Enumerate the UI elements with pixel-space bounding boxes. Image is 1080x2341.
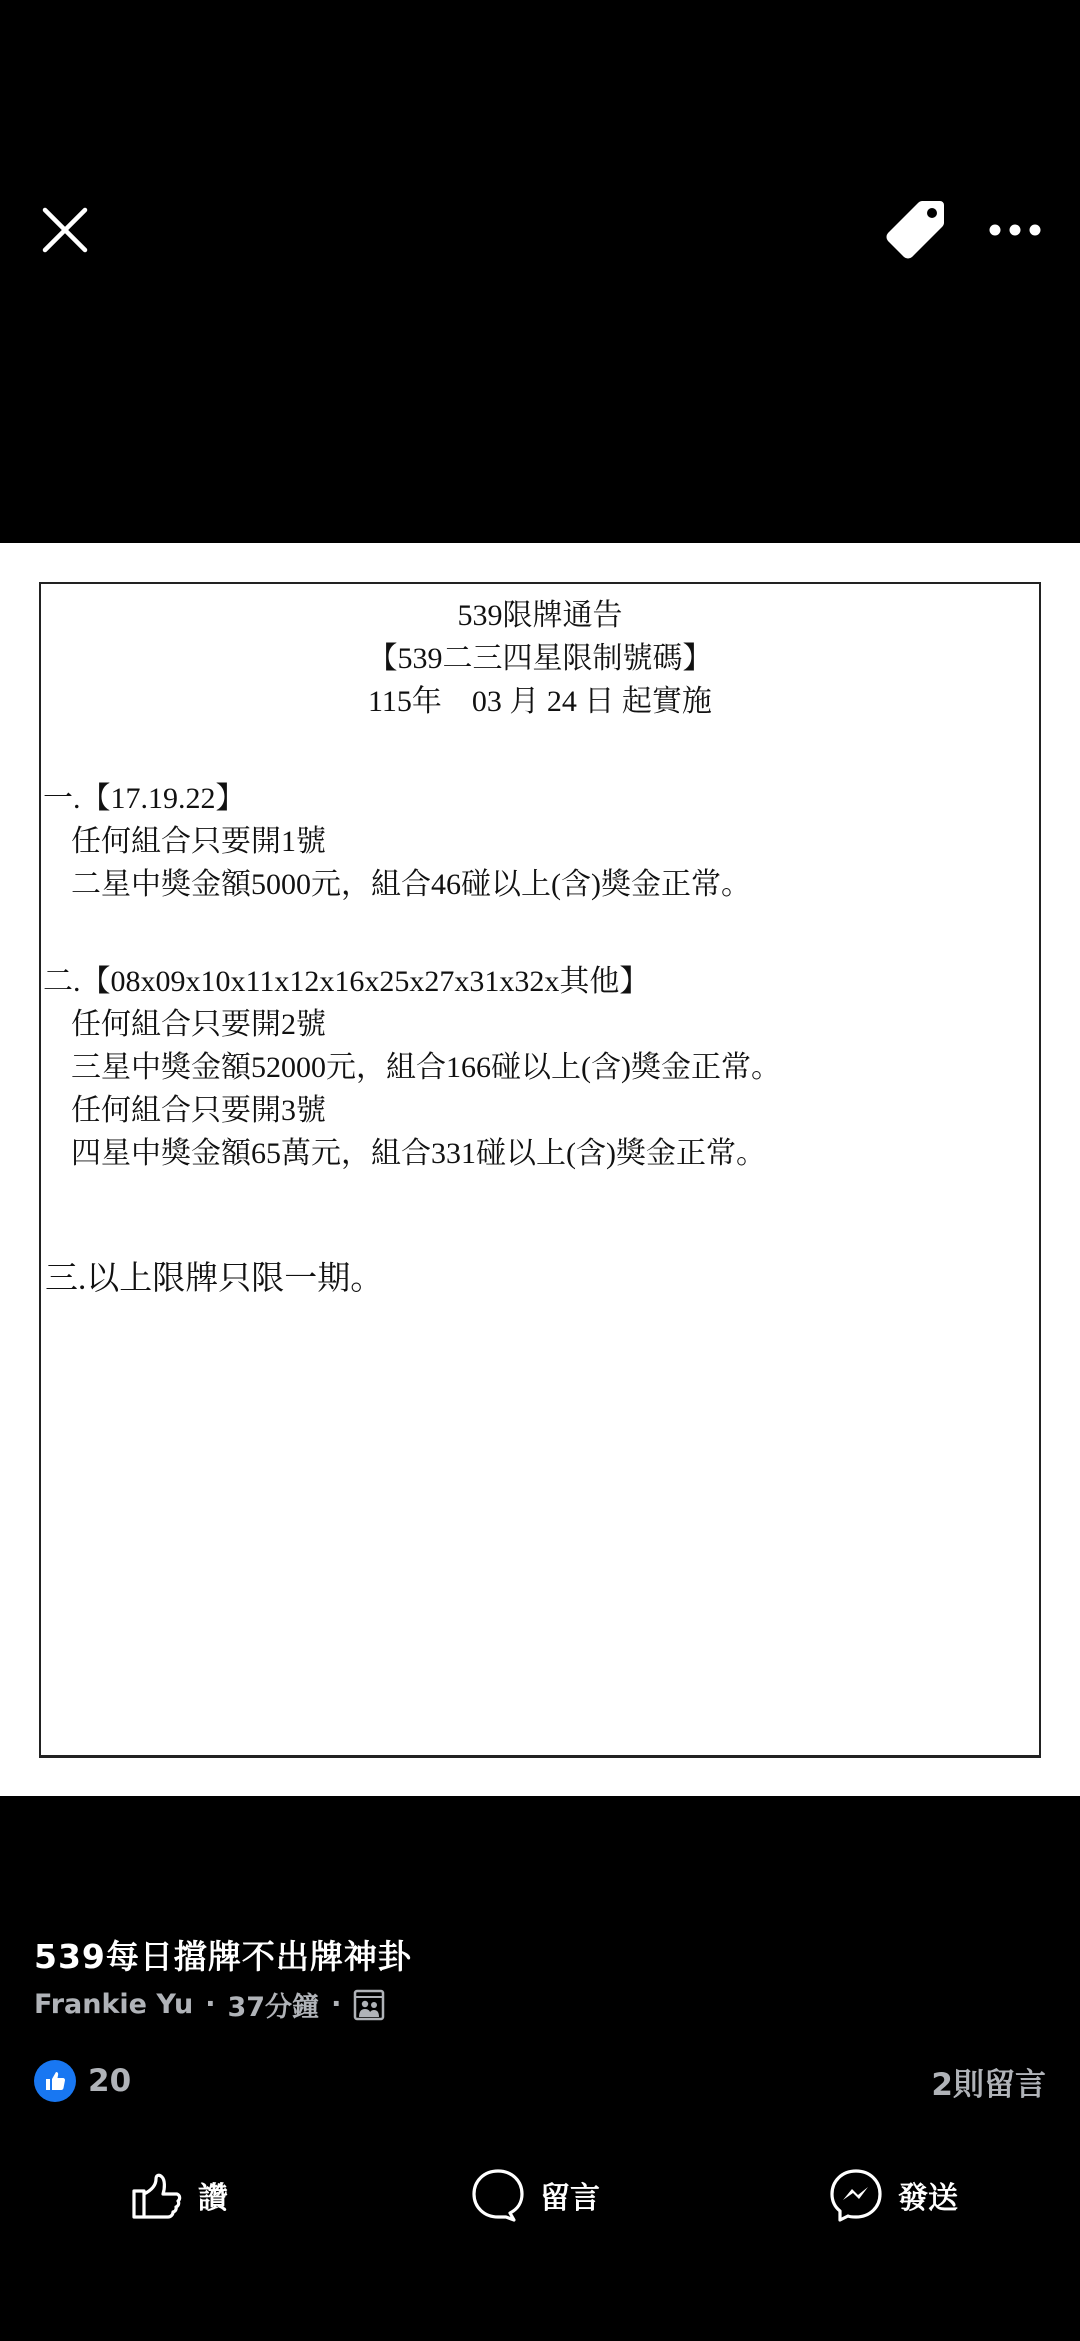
- tag-icon: [882, 197, 948, 263]
- notice-subtitle: 【539二三四星限制號碼】: [41, 637, 1039, 680]
- notice-title: 539限牌通告: [41, 594, 1039, 637]
- section-heading: 二.【08x09x10x11x12x16x25x27x31x32x其他】: [41, 960, 1039, 1003]
- tag-button[interactable]: [875, 195, 955, 265]
- group-audience-icon: [353, 1989, 385, 2021]
- post-stats: 20 2則留言: [34, 2058, 1046, 2104]
- notice-section-1: 一.【17.19.22】 任何組合只要開1號 二星中獎金額5000元，組合46碰…: [41, 777, 1039, 906]
- section-line: 任何組合只要開1號: [41, 820, 1039, 863]
- post-info: 539每日擋牌不出牌神卦 Frankie Yu · 37分鐘 ·: [34, 1935, 1046, 2024]
- section-line: 任何組合只要開2號: [41, 1003, 1039, 1046]
- like-label: 讚: [198, 2173, 228, 2217]
- more-options-icon: [987, 222, 1043, 238]
- meta-separator: ·: [331, 1989, 341, 2020]
- messenger-icon: [828, 2167, 884, 2223]
- author-name-link[interactable]: Frankie Yu: [34, 1989, 193, 2020]
- meta-separator: ·: [205, 1989, 215, 2020]
- comments-count-link[interactable]: 2則留言: [931, 2059, 1046, 2104]
- post-meta: Frankie Yu · 37分鐘 ·: [34, 1985, 1046, 2024]
- section-line: 三星中獎金額52000元，組合166碰以上(含)獎金正常。: [41, 1046, 1039, 1089]
- comment-button[interactable]: 留言: [470, 2160, 600, 2230]
- comment-label: 留言: [540, 2173, 600, 2217]
- like-button[interactable]: 讚: [128, 2160, 228, 2230]
- like-count: 20: [88, 2063, 131, 2099]
- close-icon: [41, 206, 89, 254]
- notice-section-2: 二.【08x09x10x11x12x16x25x27x31x32x其他】 任何組…: [41, 960, 1039, 1175]
- notice-section-3: 三.以上限牌只限一期。: [41, 1257, 1039, 1301]
- like-reaction-icon: [34, 2060, 76, 2102]
- close-button[interactable]: [30, 195, 100, 265]
- send-label: 發送: [898, 2173, 958, 2217]
- send-button[interactable]: 發送: [828, 2160, 958, 2230]
- post-actions: 讚 留言 發送: [0, 2160, 1080, 2230]
- post-time[interactable]: 37分鐘: [227, 1985, 319, 2024]
- section-line: 二星中獎金額5000元，組合46碰以上(含)獎金正常。: [41, 863, 1039, 906]
- comment-bubble-icon: [470, 2167, 526, 2223]
- post-photo[interactable]: 539限牌通告 【539二三四星限制號碼】 115年 03 月 24 日 起實施…: [0, 543, 1080, 1796]
- thumbs-up-icon: [128, 2167, 184, 2223]
- reactions-summary[interactable]: 20: [34, 2060, 131, 2102]
- more-options-button[interactable]: [975, 200, 1055, 260]
- section-heading: 一.【17.19.22】: [41, 777, 1039, 820]
- notice-effective-date: 115年 03 月 24 日 起實施: [41, 680, 1039, 723]
- section-line: 四星中獎金額65萬元，組合331碰以上(含)獎金正常。: [41, 1132, 1039, 1175]
- notice-header: 539限牌通告 【539二三四星限制號碼】 115年 03 月 24 日 起實施: [41, 584, 1039, 723]
- viewer-top-bar: [0, 180, 1080, 280]
- section-line: 任何組合只要開3號: [41, 1089, 1039, 1132]
- notice-document: 539限牌通告 【539二三四星限制號碼】 115年 03 月 24 日 起實施…: [39, 582, 1041, 1758]
- group-name-link[interactable]: 539每日擋牌不出牌神卦: [34, 1935, 1046, 1979]
